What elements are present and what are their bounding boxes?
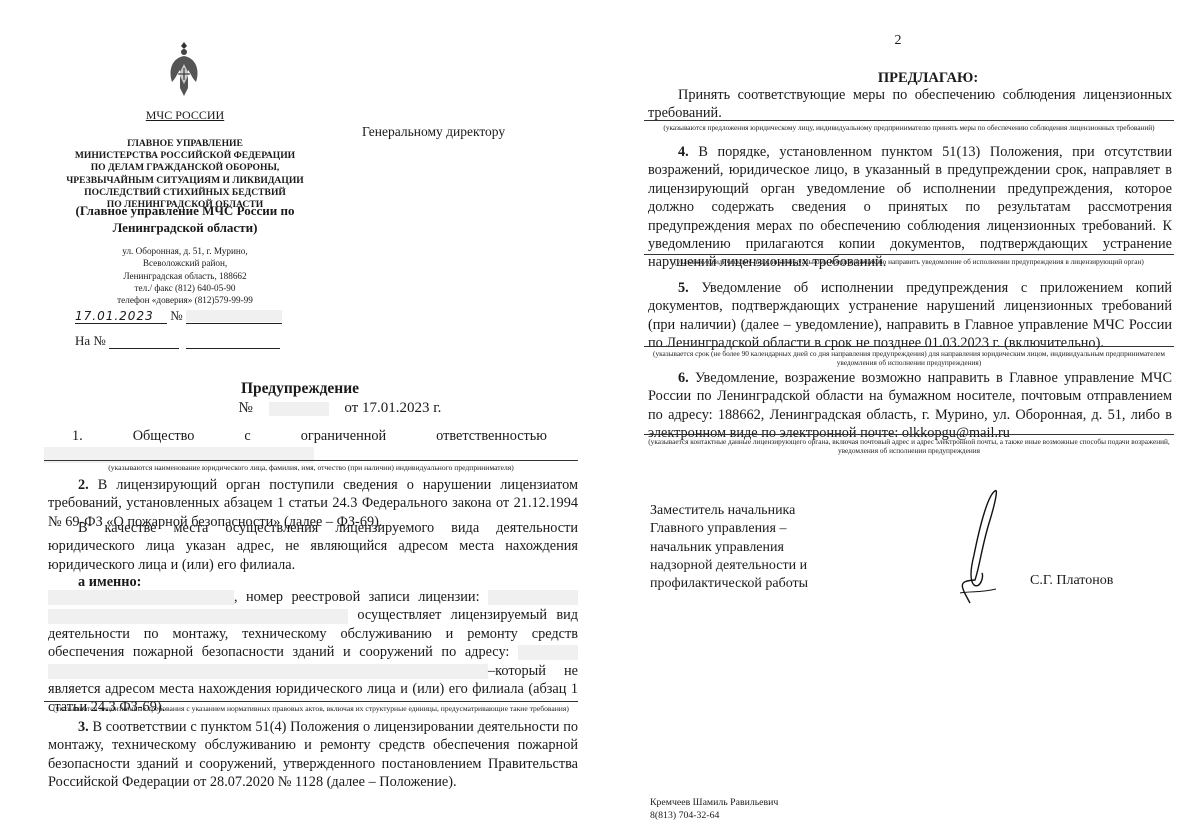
addressee: Генеральному директору: [362, 124, 505, 140]
org-line: МИНИСТЕРСТВА РОССИЙСКОЙ ФЕДЕРАЦИИ: [60, 150, 310, 162]
incoming-label: На №: [75, 333, 106, 348]
title-number-sign: №: [239, 400, 253, 416]
outgoing-date: 17.01.2023: [75, 309, 167, 324]
para-number: 6.: [678, 370, 689, 386]
note-propose: (указываются предложения юридическому ли…: [644, 120, 1174, 132]
address-line: ул. Оборонная, д. 51, г. Мурино,: [60, 245, 310, 257]
document-page-2: 2 ПРЕДЛАГАЮ: Принять соответствующие мер…: [600, 0, 1196, 829]
para-number: 3.: [78, 719, 89, 735]
redacted-address: [518, 645, 578, 660]
number-sign: №: [170, 308, 182, 323]
signatory-position: Заместитель начальника Главного управлен…: [650, 502, 808, 593]
word: с: [244, 427, 250, 445]
redacted-license-holder: [48, 590, 234, 605]
note-5: (указывается срок (не более 90 календарн…: [644, 346, 1174, 368]
redacted-license-number-cont: [48, 609, 348, 624]
organization-short-name: (Главное управление МЧС России по Ленинг…: [60, 202, 310, 236]
note-legal-entity: (указываются наименование юридического л…: [44, 460, 578, 473]
org-short-line: Ленинградской области): [60, 219, 310, 236]
executor-info: Кремчеев Шамиль Равильевич 8(813) 704-32…: [650, 797, 778, 822]
para-number: 5.: [678, 280, 689, 296]
para-number: 2.: [78, 477, 89, 493]
org-line: ПО ДЕЛАМ ГРАЖДАНСКОЙ ОБОРОНЫ,: [60, 162, 310, 174]
paragraph-2b: В качестве места осуществления лицензиру…: [48, 519, 578, 574]
note-6: (указывается контактные данные лицензиру…: [644, 434, 1174, 456]
propose-heading: ПРЕДЛАГАЮ:: [600, 70, 1196, 87]
outgoing-date-line: 17.01.2023 №: [75, 307, 282, 324]
note-license-requirements: (указываются лицензионные требования с у…: [44, 701, 578, 714]
incoming-blank: [109, 336, 179, 349]
org-line: ГЛАВНОЕ УПРАВЛЕНИЕ: [60, 138, 310, 150]
position-line: профилактической работы: [650, 575, 808, 593]
paragraph-3: 3. В соответствии с пунктом 51(4) Положе…: [48, 718, 578, 792]
mchs-emblem-icon: [166, 40, 202, 100]
org-line: ЧРЕЗВЫЧАЙНЫМ СИТУАЦИЯМ И ЛИКВИДАЦИИ: [60, 175, 310, 187]
document-number-date: № от 17.01.2023 г.: [0, 400, 600, 417]
position-line: Заместитель начальника: [650, 502, 808, 520]
trust-phone-line: телефон «доверия» (812)579-99-99: [60, 294, 310, 306]
redacted-number: [269, 402, 329, 416]
para-number: 1.: [72, 427, 83, 445]
propose-text: Принять соответствующие меры по обеспече…: [648, 86, 1172, 123]
redacted-address-cont: [48, 664, 488, 679]
text: , номер реестровой записи лицензии:: [234, 589, 480, 605]
phone-fax-line: тел./ факс (812) 640-05-90: [60, 282, 310, 294]
executor-phone: 8(813) 704-32-64: [650, 810, 778, 823]
violation-address-paragraph: , номер реестровой записи лицензии: осущ…: [48, 588, 578, 717]
signatory-name: С.Г. Платонов: [1030, 573, 1113, 589]
para-text: В порядке, установленном пунктом 51(13) …: [648, 144, 1172, 270]
org-line: ПОСЛЕДСТВИЙ СТИХИЙНЫХ БЕДСТВИЙ: [60, 187, 310, 199]
incoming-number-blank: [186, 336, 280, 349]
para-text: Уведомление об исполнении предупреждения…: [648, 280, 1172, 351]
outgoing-number-redacted: [186, 307, 282, 324]
org-short-line: (Главное управление МЧС России по: [60, 202, 310, 219]
document-title: Предупреждение: [0, 380, 600, 398]
note-4: (указание юридическому лицу, индивидуаль…: [644, 254, 1174, 266]
para-text: Уведомление, возражение возможно направи…: [648, 370, 1172, 441]
redacted-license-number: [488, 590, 578, 605]
paragraph-6: 6. Уведомление, возражение возможно напр…: [648, 369, 1172, 443]
title-date: от 17.01.2023 г.: [344, 400, 441, 416]
executor-name: Кремчеев Шамиль Равильевич: [650, 797, 778, 810]
position-line: надзорной деятельности и: [650, 557, 808, 575]
position-line: начальник управления: [650, 539, 808, 557]
position-line: Главного управления –: [650, 520, 808, 538]
incoming-reference-line: На №: [75, 333, 280, 349]
para-number: 4.: [678, 144, 689, 160]
paragraph-5: 5. Уведомление об исполнении предупрежде…: [648, 279, 1172, 353]
ministry-short-name: МЧС РОССИИ: [60, 108, 310, 123]
paragraph-4: 4. В порядке, установленном пунктом 51(1…: [648, 143, 1172, 272]
address-line: Всеволожский район,: [60, 257, 310, 269]
document-page-1: МЧС РОССИИ ГЛАВНОЕ УПРАВЛЕНИЕ МИНИСТЕРСТ…: [0, 0, 600, 829]
organization-address: ул. Оборонная, д. 51, г. Мурино, Всеволо…: [60, 245, 310, 306]
page-number: 2: [600, 33, 1196, 49]
word: ограниченной: [301, 427, 386, 445]
address-line: Ленинградская область, 188662: [60, 270, 310, 282]
para-text: В соответствии с пунктом 51(4) Положения…: [48, 719, 578, 790]
word: Общество: [133, 427, 195, 445]
organization-full-name: ГЛАВНОЕ УПРАВЛЕНИЕ МИНИСТЕРСТВА РОССИЙСК…: [60, 138, 310, 211]
word: ответственностью: [436, 427, 547, 445]
